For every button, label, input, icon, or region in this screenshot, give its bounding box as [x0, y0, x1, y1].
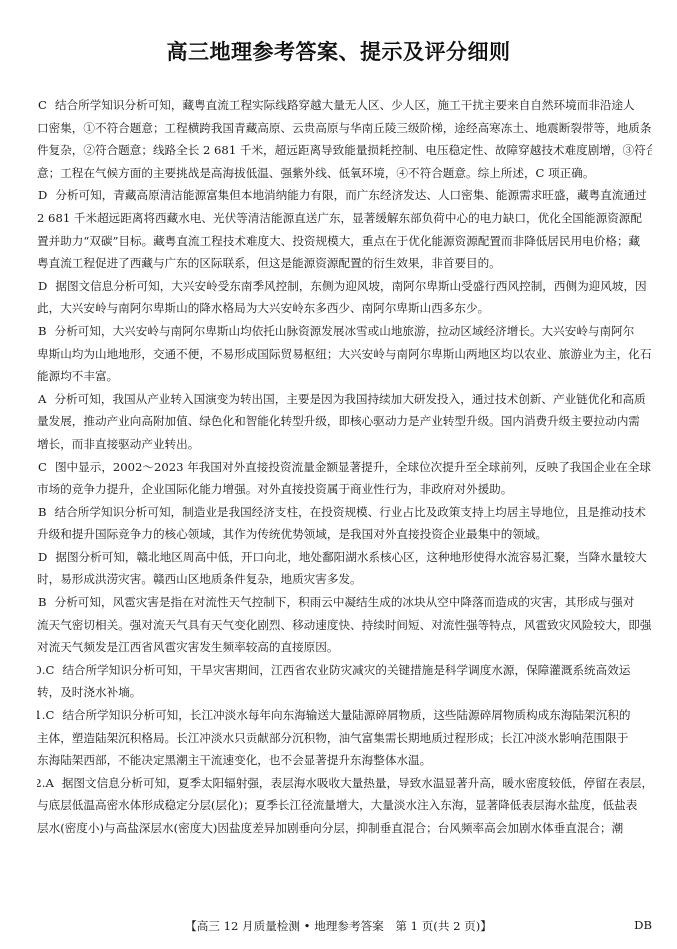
answer-text: 据图分析可知，赣北地区周高中低，开口向北，地处鄱阳湖水系核心区，这种地形使得水流… — [55, 550, 646, 564]
answer-line: 2 681 千米超远距离将西藏水电、光伏等清洁能源直送广东，显著缓解东部负荷中心… — [37, 207, 652, 230]
answer-text: 主体，塑造陆架沉积格局。长江冲淡水只贡献部分沉积物，油气富集需长期地质过程形成；… — [37, 731, 628, 745]
answer-line: 10.C结合所学知识分析可知，干旱灾害期间，江西省农业防灾减灾的关键措施是科学调… — [37, 659, 652, 682]
answer-list: 1.C结合所学知识分析可知，藏粤直流工程实际线路穿越大量无人区、少人区，施工干扰… — [27, 94, 652, 840]
answer-line: 增长，而非直接驱动产业转出。 — [37, 433, 652, 456]
answer-line: 粤直流工程促进了西藏与广东的区际联系，但这是能源资源配置的衍生效果，非首要目的。 — [37, 252, 652, 275]
answer-text: 2 681 千米超远距离将西藏水电、光伏等清洁能源直送广东，显著缓解东部负荷中心… — [37, 211, 642, 225]
answer-item: 10.C结合所学知识分析可知，干旱灾害期间，江西省农业防灾减灾的关键措施是科学调… — [27, 659, 652, 704]
answer-number: 3.D — [37, 279, 47, 293]
answer-item: 9.B分析可知，风雹灾害是指在对流性天气控制下，积雨云中凝结生成的冰块从空中降落… — [27, 591, 652, 659]
answer-text: 分析可知，我国从产业转入国演变为转出国，主要是因为我国持续加大研发投入，通过技术… — [54, 392, 645, 406]
answer-line: 置并助力“双碳”目标。藏粤直流工程技术难度大、投资规模大，重点在于优化能源资源配… — [37, 230, 652, 253]
answer-item: 7.B结合所学知识分析可知，制造业是我国经济支柱，在投资规模、行业占比及政策支持… — [27, 501, 652, 546]
answer-number: 9.B — [37, 595, 47, 609]
answer-number: 4.B — [37, 324, 47, 338]
answer-line: 能源均不丰富。 — [37, 365, 652, 388]
answer-text: 转，及时浇水补墒。 — [37, 685, 141, 699]
answer-line: 7.B结合所学知识分析可知，制造业是我国经济支柱，在投资规模、行业占比及政策支持… — [37, 501, 652, 524]
answer-item: 2.D分析可知，青藏高原清洁能源富集但本地消纳能力有限，而广东经济发达、人口密集… — [27, 184, 652, 274]
answer-line: 9.B分析可知，风雹灾害是指在对流性天气控制下，积雨云中凝结生成的冰块从空中降落… — [37, 591, 652, 614]
answer-text: 东海陆架西部，不能决定黑潮主干流速变化，也不会显著提升东海整体水温。 — [37, 753, 431, 767]
answer-line: 量发展，推动产业向高附加值、绿色化和智能化转型升级，即核心驱动力是产业转型升级。… — [37, 410, 652, 433]
answer-line: 层水(密度小)与高盐深层水(密度大)因盐度差异加剧垂向分层，抑制垂直混合；台风频… — [37, 817, 652, 840]
answer-number: 12.A — [37, 776, 54, 790]
answer-text: 增长，而非直接驱动产业转出。 — [37, 437, 199, 451]
answer-text: 结合所学知识分析可知，长江冲淡水每年向东海输送大量陆源碎屑物质，这些陆源碎屑物质… — [62, 708, 630, 722]
answer-item: 6.C图中显示，2002～2023 年我国对外直接投资流量金额显著提升，全球位次… — [27, 456, 652, 501]
answer-text: 图中显示，2002～2023 年我国对外直接投资流量金额显著提升，全球位次提升至… — [55, 460, 651, 474]
answer-item: 5.A分析可知，我国从产业转入国演变为转出国，主要是因为我国持续加大研发投入，通… — [27, 388, 652, 456]
answer-number: 7.B — [37, 505, 47, 519]
answer-line: 主体，塑造陆架沉积格局。长江冲淡水只贡献部分沉积物，油气富集需长期地质过程形成；… — [37, 727, 652, 750]
answer-text: 结合所学知识分析可知，藏粤直流工程实际线路穿越大量无人区、少人区，施工干扰主要来… — [55, 98, 635, 112]
answer-text: 分析可知，风雹灾害是指在对流性天气控制下，积雨云中凝结生成的冰块从空中降落而造成… — [55, 595, 635, 609]
answer-line: 流天气密切相关。强对流天气具有天气变化剧烈、移动速度快、持续时间短、对流性强等特… — [37, 614, 652, 637]
answer-line: 东海陆架西部，不能决定黑潮主干流速变化，也不会显著提升东海整体水温。 — [37, 749, 652, 772]
answer-line: 1.C结合所学知识分析可知，藏粤直流工程实际线路穿越大量无人区、少人区，施工干扰… — [37, 94, 652, 117]
answer-item: 1.C结合所学知识分析可知，藏粤直流工程实际线路穿越大量无人区、少人区，施工干扰… — [27, 94, 652, 184]
answer-line: 对流天气频发是江西省风雹灾害发生频率较高的直接原因。 — [37, 636, 652, 659]
answer-number: 6.C — [37, 460, 47, 474]
answer-text: 分析可知，青藏高原清洁能源富集但本地消纳能力有限，而广东经济发达、人口密集、能源… — [55, 188, 646, 202]
answer-text: 对流天气频发是江西省风雹灾害发生频率较高的直接原因。 — [37, 640, 338, 654]
answer-text: 结合所学知识分析可知，干旱灾害期间，江西省农业防灾减灾的关键措施是科学调度水源，… — [62, 663, 630, 677]
answer-number: 5.A — [37, 392, 46, 406]
answer-line: 此，大兴安岭与南阿尔卑斯山的降水格局为大兴安岭东多西少、南阿尔卑斯山西多东少。 — [37, 297, 652, 320]
answer-text: 口密集，①不符合题意；工程横跨我国青藏高原、云贵高原与华南丘陵三级阶梯，途经高寒… — [37, 121, 651, 135]
answer-line: 意；工程在气候方面的主要挑战是高海拔低温、强紫外线、低氧环境，④不符合题意。综上… — [37, 162, 652, 185]
answer-text: 此，大兴安岭与南阿尔卑斯山的降水格局为大兴安岭东多西少、南阿尔卑斯山西多东少。 — [37, 301, 489, 315]
answer-text: 升级和提升国际竞争力的核心领域，其作为传统优势领域，是我国对外直接投资企业最集中… — [37, 527, 547, 541]
answer-text: 市场的竞争力提升，企业国际化能力增强。对外直接投资属于商业性行为，非政府对外援助… — [37, 482, 512, 496]
answer-text: 据图文信息分析可知，夏季太阳辐射强，表层海水吸收大量热量，导致水温显著升高，暖水… — [62, 776, 652, 790]
answer-text: 流天气密切相关。强对流天气具有天气变化剧烈、移动速度快、持续时间短、对流性强等特… — [37, 618, 651, 632]
answer-text: 粤直流工程促进了西藏与广东的区际联系，但这是能源资源配置的衍生效果，非首要目的。 — [37, 256, 501, 270]
answer-line: 12.A据图文信息分析可知，夏季太阳辐射强，表层海水吸收大量热量，导致水温显著升… — [37, 772, 652, 795]
footer-page-info: 【高三 12 月质量检测 • 地理参考答案 第 1 页(共 2 页)】 — [0, 918, 677, 934]
answer-item: 4.B分析可知，大兴安岭与南阿尔卑斯山均依托山脉资源发展冰雪或山地旅游，拉动区域… — [27, 320, 652, 388]
answer-line: 8.D据图分析可知，赣北地区周高中低，开口向北，地处鄱阳湖水系核心区，这种地形使… — [37, 546, 652, 569]
answer-text: 件复杂，②符合题意；线路全长 2 681 千米，超远距离导致能量损耗控制、电压稳… — [37, 143, 652, 157]
answer-line: 升级和提升国际竞争力的核心领域，其作为传统优势领域，是我国对外直接投资企业最集中… — [37, 523, 652, 546]
answer-text: 量发展，推动产业向高附加值、绿色化和智能化转型升级，即核心驱动力是产业转型升级。… — [37, 414, 640, 428]
answer-line: 2.D分析可知，青藏高原清洁能源富集但本地消纳能力有限，而广东经济发达、人口密集… — [37, 184, 652, 207]
answer-text: 置并助力“双碳”目标。藏粤直流工程技术难度大、投资规模大，重点在于优化能源资源配… — [37, 234, 640, 248]
answer-text: 意；工程在气候方面的主要挑战是高海拔低温、强紫外线、低氧环境，④不符合题意。综上… — [37, 166, 594, 180]
answer-line: 卑斯山均为山地地形，交通不便，不易形成国际贸易枢纽；大兴安岭与南阿尔卑斯山两地区… — [37, 343, 652, 366]
answer-line: 4.B分析可知，大兴安岭与南阿尔卑斯山均依托山脉资源发展冰雪或山地旅游，拉动区域… — [37, 320, 652, 343]
answer-text: 能源均不丰富。 — [37, 369, 118, 383]
answer-text: 据图文信息分析可知，大兴安岭受东南季风控制，东侧为迎风坡，南阿尔卑斯山受盛行西风… — [55, 279, 646, 293]
answer-line: 时，易形成洪涝灾害。赣西山区地质条件复杂，地质灾害多发。 — [37, 568, 652, 591]
answer-line: 5.A分析可知，我国从产业转入国演变为转出国，主要是因为我国持续加大研发投入，通… — [37, 388, 652, 411]
answer-text: 结合所学知识分析可知，制造业是我国经济支柱，在投资规模、行业占比及政策支持上均居… — [55, 505, 646, 519]
answer-line: 6.C图中显示，2002～2023 年我国对外直接投资流量金额显著提升，全球位次… — [37, 456, 652, 479]
page-title: 高三地理参考答案、提示及评分细则 — [0, 36, 677, 66]
answer-item: 11.C结合所学知识分析可知，长江冲淡水每年向东海输送大量陆源碎屑物质，这些陆源… — [27, 704, 652, 772]
answer-line: 件复杂，②符合题意；线路全长 2 681 千米，超远距离导致能量损耗控制、电压稳… — [37, 139, 652, 162]
answer-line: 与底层低温高密水体形成稳定分层(层化)；夏季长江径流量增大，大量淡水注入东海，显… — [37, 794, 652, 817]
answer-line: 11.C结合所学知识分析可知，长江冲淡水每年向东海输送大量陆源碎屑物质，这些陆源… — [37, 704, 652, 727]
answer-item: 12.A据图文信息分析可知，夏季太阳辐射强，表层海水吸收大量热量，导致水温显著升… — [27, 772, 652, 840]
answer-text: 分析可知，大兴安岭与南阿尔卑斯山均依托山脉资源发展冰雪或山地旅游，拉动区域经济增… — [55, 324, 635, 338]
answer-item: 3.D据图文信息分析可知，大兴安岭受东南季风控制，东侧为迎风坡，南阿尔卑斯山受盛… — [27, 275, 652, 320]
footer-code: DB — [634, 918, 652, 932]
answer-line: 口密集，①不符合题意；工程横跨我国青藏高原、云贵高原与华南丘陵三级阶梯，途经高寒… — [37, 117, 652, 140]
answer-number: 2.D — [37, 188, 47, 202]
answer-text: 卑斯山均为山地地形，交通不便，不易形成国际贸易枢纽；大兴安岭与南阿尔卑斯山两地区… — [37, 347, 651, 361]
answer-text: 层水(密度小)与高盐深层水(密度大)因盐度差异加剧垂向分层，抑制垂直混合；台风频… — [37, 821, 623, 835]
answer-line: 3.D据图文信息分析可知，大兴安岭受东南季风控制，东侧为迎风坡，南阿尔卑斯山受盛… — [37, 275, 652, 298]
answer-number: 1.C — [37, 98, 47, 112]
answer-text: 时，易形成洪涝灾害。赣西山区地质条件复杂，地质灾害多发。 — [37, 572, 362, 586]
answer-number: 8.D — [37, 550, 47, 564]
answer-line: 转，及时浇水补墒。 — [37, 681, 652, 704]
answer-text: 与底层低温高密水体形成稳定分层(层化)；夏季长江径流量增大，大量淡水注入东海，显… — [37, 798, 637, 812]
answer-item: 8.D据图分析可知，赣北地区周高中低，开口向北，地处鄱阳湖水系核心区，这种地形使… — [27, 546, 652, 591]
answer-number: 10.C — [37, 663, 54, 677]
answer-line: 市场的竞争力提升，企业国际化能力增强。对外直接投资属于商业性行为，非政府对外援助… — [37, 478, 652, 501]
answer-number: 11.C — [37, 708, 54, 722]
